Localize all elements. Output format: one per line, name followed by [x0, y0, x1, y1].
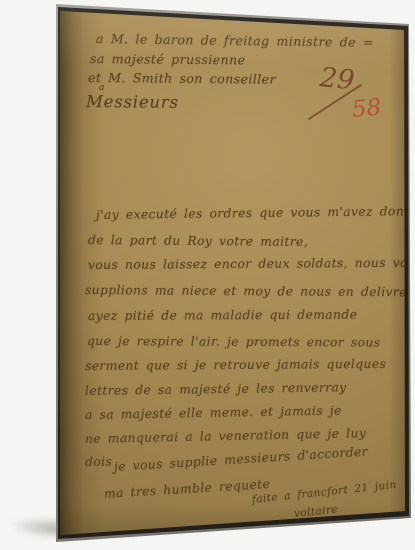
closing-line-1: je vous supplie messieurs d'accorder [114, 444, 369, 474]
body-line: vous nous laissez encor deux soldats, no… [88, 256, 415, 272]
paper-sheet: a M. le baron de freitag ministre de = s… [0, 0, 415, 550]
body-line: ne manquerai a la veneration que je luy [85, 426, 366, 446]
handwriting-layer: a M. le baron de freitag ministre de = s… [0, 0, 415, 550]
body-line: de la part du Roy votre maitre, [88, 233, 308, 249]
body-line: j'ay executé les ordres que vous m'avez … [96, 204, 415, 222]
archival-number-red: 58 [351, 94, 382, 122]
manuscript-photo-view: a M. le baron de freitag ministre de = s… [0, 0, 415, 550]
body-line: lettres de sa majesté je les renverray [85, 380, 347, 398]
closing-line-2: ma tres humble requete [104, 477, 271, 501]
archival-number-crossed: 29 [318, 62, 355, 96]
strikethrough-mark [308, 84, 363, 121]
body-line: que je respire l'air. je promets encor s… [87, 334, 380, 350]
address-line-1: a M. le baron de freitag ministre de = [96, 31, 374, 50]
address-line-2: sa majesté prussienne [90, 51, 246, 67]
body-line: serment que si je retrouve jamais quelqu… [85, 357, 386, 373]
address-line-3: et M. Smith son conseiller [88, 70, 276, 87]
body-line: supplions ma niece et moy de nous en del… [85, 283, 413, 299]
body-line: ayez pitié de ma maladie qui demande [88, 308, 357, 323]
body-line: dois [85, 455, 112, 469]
dateline: faite a francfort 21 juin [251, 479, 397, 506]
body-line: a sa majesté elle meme. et jamais je [85, 404, 342, 422]
superscript-mark: a [99, 83, 105, 93]
salutation: Messieurs [86, 92, 179, 112]
